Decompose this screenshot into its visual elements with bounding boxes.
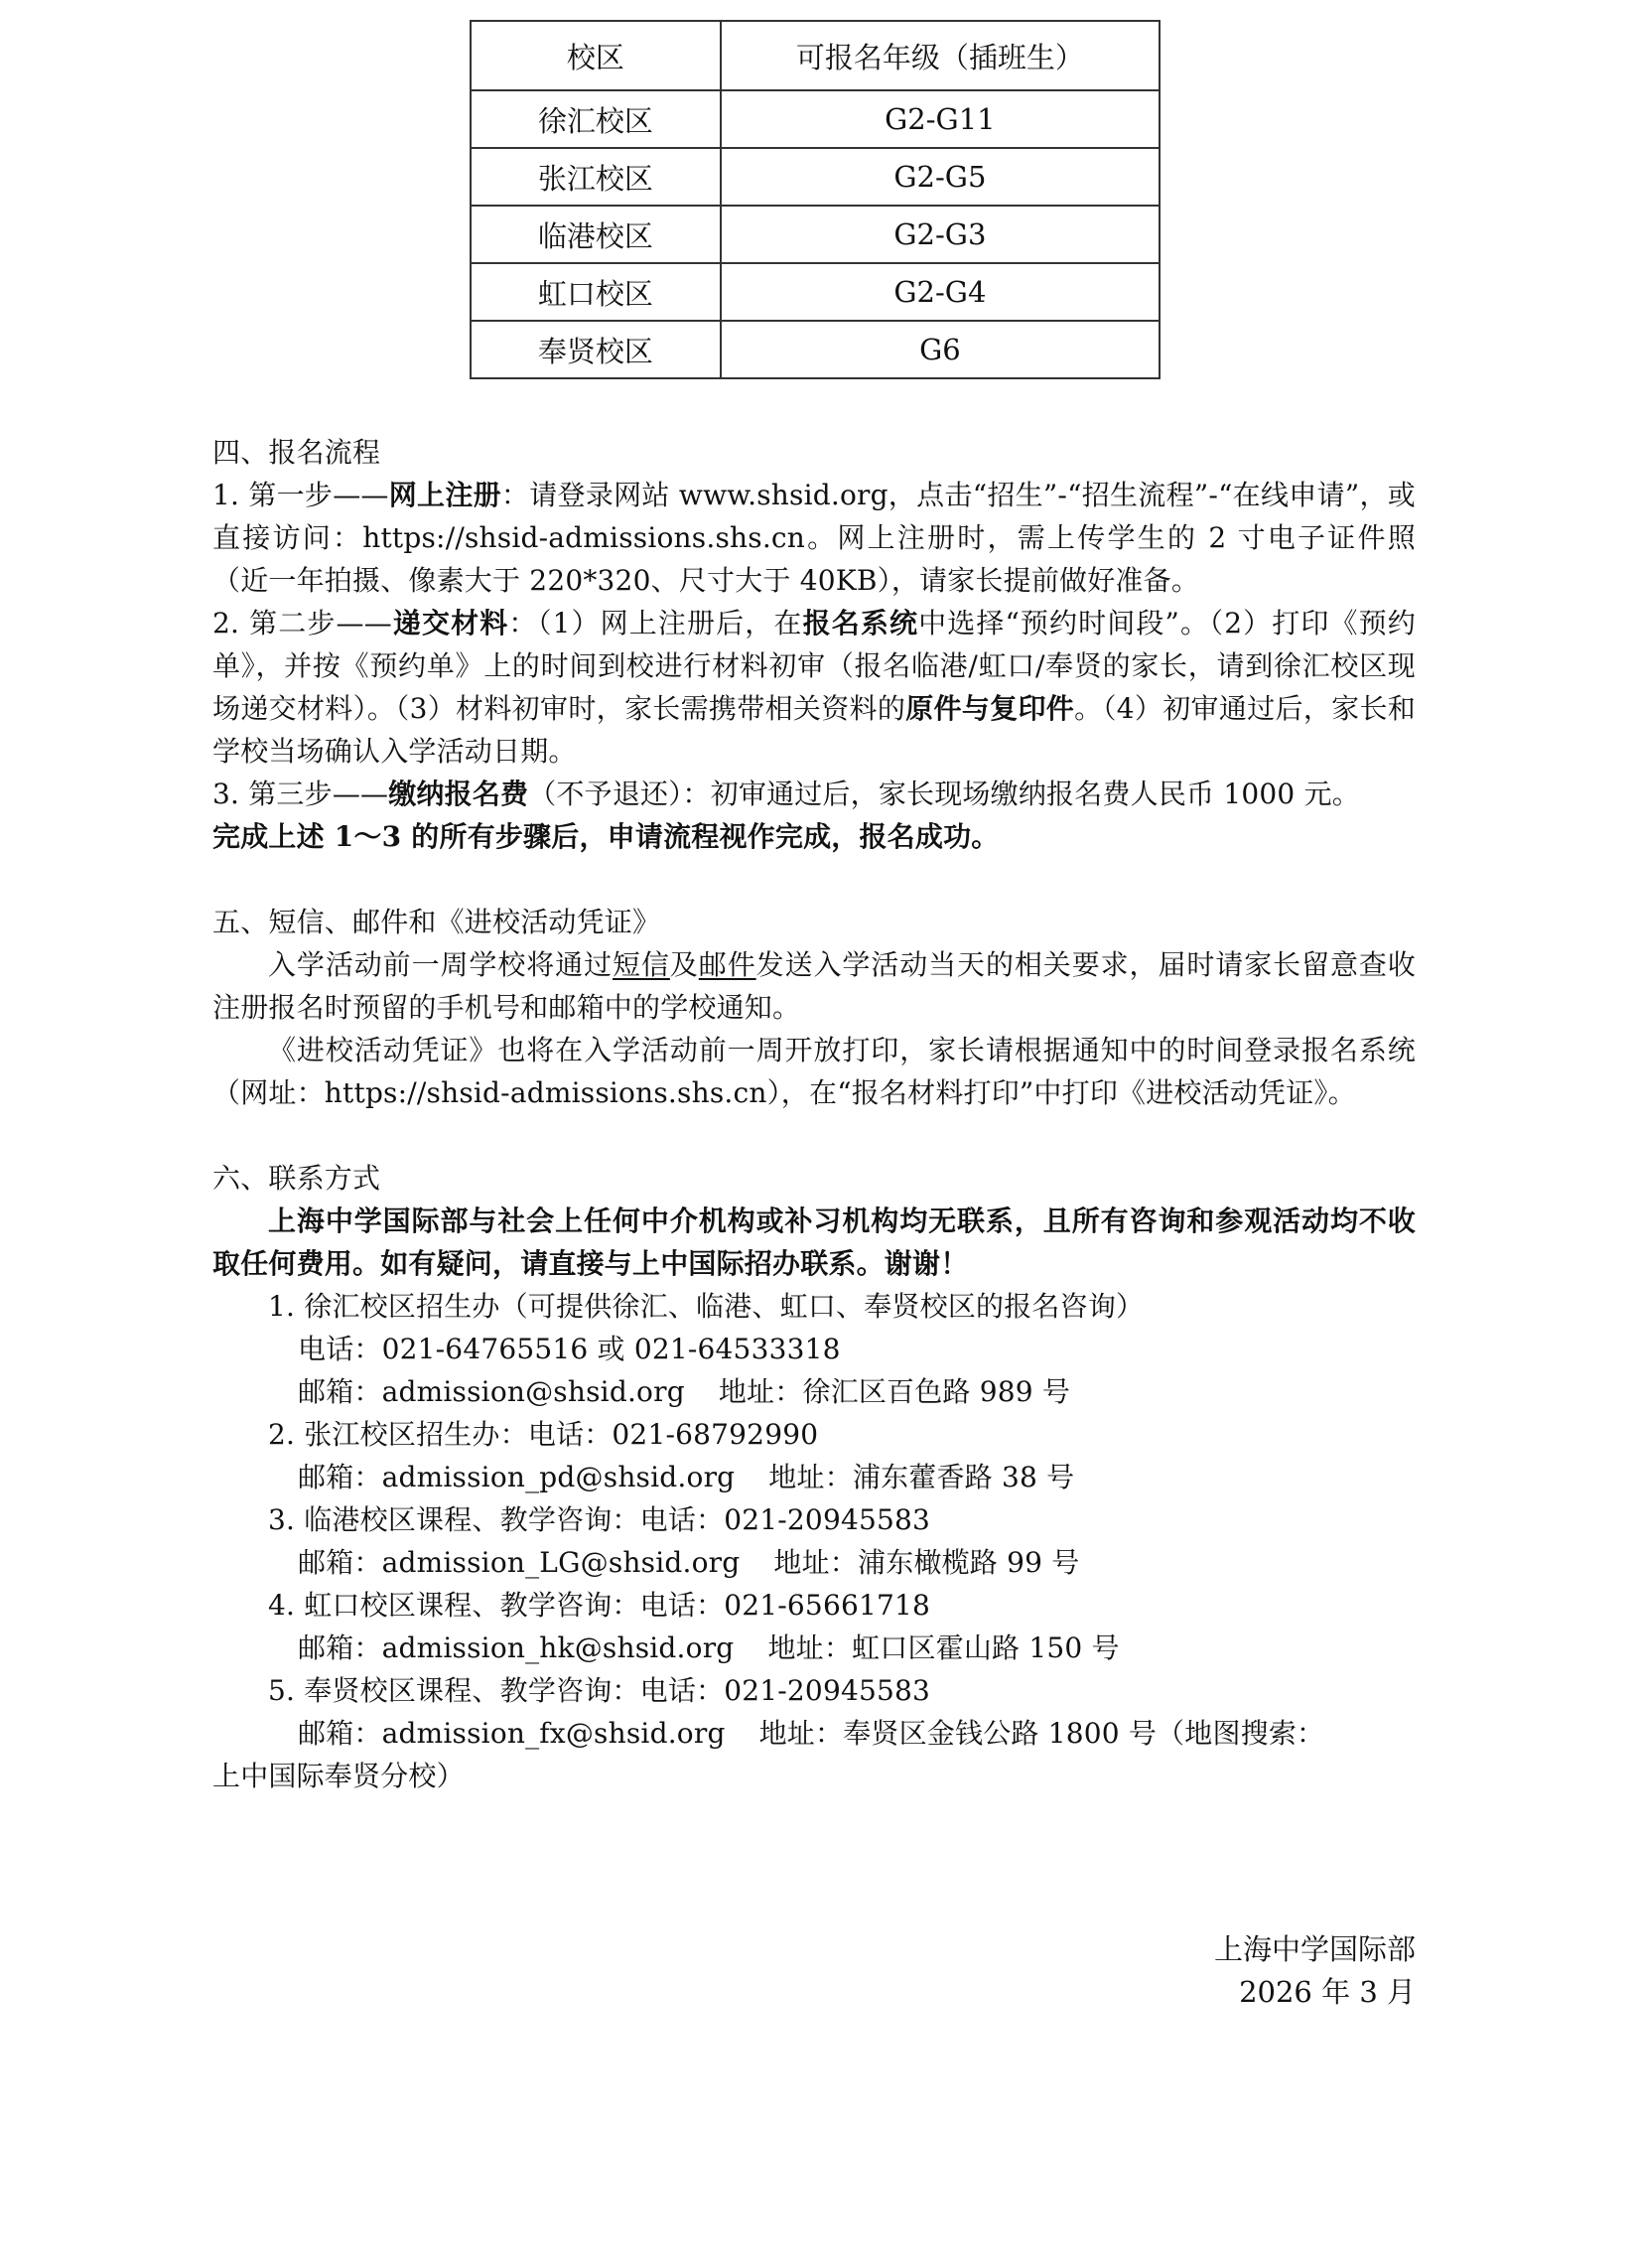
underlined-sms: 短信 (613, 948, 670, 981)
contact-address: 地址：虹口区霍山路 150 号 (767, 1631, 1119, 1664)
contact-lingang: 3. 临港校区课程、教学咨询：电话：021-20945583 邮箱：admiss… (212, 1498, 1416, 1584)
campus-cell: 奉贤校区 (471, 321, 721, 378)
step-2: 2. 第二步——递交材料：（1）网上注册后，在报名系统中选择“预约时间段”。（2… (212, 602, 1416, 773)
table-header-campus: 校区 (471, 21, 721, 90)
contact-notice: 上海中学国际部与社会上任何中介机构或补习机构均无联系，且所有咨询和参观活动均不收… (212, 1200, 1416, 1285)
step-prefix: 1. 第一步—— (212, 479, 389, 511)
grades-cell: G2-G4 (721, 263, 1160, 321)
contact-email: 邮箱：admission@shsid.org (298, 1375, 685, 1408)
text: 及 (670, 948, 699, 981)
step-prefix: 2. 第二步—— (212, 607, 392, 639)
step-keyword-originals: 原件与复印件 (905, 692, 1074, 725)
contact-hongkou: 4. 虹口校区课程、教学咨询：电话：021-65661718 邮箱：admiss… (212, 1584, 1416, 1669)
step-keyword: 缴纳报名费 (388, 778, 528, 810)
contact-address-continued: 上中国际奉贤分校） (212, 1755, 1416, 1797)
contact-heading: 1. 徐汇校区招生办（可提供徐汇、临港、虹口、奉贤校区的报名咨询） (268, 1290, 1144, 1323)
table-row: 徐汇校区 G2-G11 (471, 90, 1160, 148)
contact-fengxian: 5. 奉贤校区课程、教学咨询：电话：021-20945583 邮箱：admiss… (212, 1669, 1416, 1797)
contact-email-address: 邮箱：admission_fx@shsid.org地址：奉贤区金钱公路 1800… (268, 1712, 1416, 1755)
campus-cell: 张江校区 (471, 148, 721, 206)
signature-org: 上海中学国际部 (1214, 1928, 1416, 1971)
contact-email-address: 邮箱：admission_hk@shsid.org地址：虹口区霍山路 150 号 (268, 1627, 1416, 1669)
signature-date: 2026 年 3 月 (1214, 1971, 1416, 2014)
grades-cell: G2-G5 (721, 148, 1160, 206)
table-row: 临港校区 G2-G3 (471, 206, 1160, 263)
underlined-email: 邮件 (699, 948, 756, 981)
contact-address: 地址：浦东藿香路 38 号 (768, 1461, 1074, 1493)
process-conclusion: 完成上述 1～3 的所有步骤后，申请流程视作完成，报名成功。 (212, 815, 1416, 858)
table-row: 张江校区 G2-G5 (471, 148, 1160, 206)
contact-address: 地址：浦东橄榄路 99 号 (773, 1546, 1079, 1579)
contact-email-address: 邮箱：admission_LG@shsid.org地址：浦东橄榄路 99 号 (268, 1541, 1416, 1584)
table-header-grades: 可报名年级（插班生） (721, 21, 1160, 90)
campus-cell: 虹口校区 (471, 263, 721, 321)
contact-email-address: 邮箱：admission_pd@shsid.org地址：浦东藿香路 38 号 (268, 1456, 1416, 1498)
section-sms-email: 五、短信、邮件和《进校活动凭证》 入学活动前一周学校将通过短信及邮件发送入学活动… (212, 901, 1416, 1114)
contact-heading: 2. 张江校区招生办：电话：021-68792990 (268, 1418, 818, 1451)
step-text: ：（1）网上注册后，在 (508, 607, 802, 639)
paragraph-voucher: 《进校活动凭证》也将在入学活动前一周开放打印，家长请根据通知中的时间登录报名系统… (212, 1029, 1416, 1114)
contact-heading: 5. 奉贤校区课程、教学咨询：电话：021-20945583 (268, 1674, 930, 1707)
table-header-row: 校区 可报名年级（插班生） (471, 21, 1160, 90)
contact-email: 邮箱：admission_fx@shsid.org (298, 1717, 726, 1750)
contact-heading: 4. 虹口校区课程、教学咨询：电话：021-65661718 (268, 1589, 930, 1622)
section-registration-process: 四、报名流程 1. 第一步——网上注册：请登录网站 www.shsid.org，… (212, 431, 1416, 858)
document-page: 校区 可报名年级（插班生） 徐汇校区 G2-G11 张江校区 G2-G5 临港校… (0, 0, 1640, 2268)
table-row: 奉贤校区 G6 (471, 321, 1160, 378)
text: 入学活动前一周学校将通过 (268, 948, 613, 981)
grades-cell: G2-G11 (721, 90, 1160, 148)
grades-cell: G6 (721, 321, 1160, 378)
step-prefix: 3. 第三步—— (212, 778, 388, 810)
grades-cell: G2-G3 (721, 206, 1160, 263)
step-text: （不予退还）：初审通过后，家长现场缴纳报名费人民币 1000 元。 (528, 778, 1360, 810)
section-title: 六、联系方式 (212, 1157, 1416, 1200)
document-body: 四、报名流程 1. 第一步——网上注册：请登录网站 www.shsid.org，… (212, 431, 1416, 1797)
grade-table: 校区 可报名年级（插班生） 徐汇校区 G2-G11 张江校区 G2-G5 临港校… (470, 20, 1161, 379)
section-title: 四、报名流程 (212, 431, 1416, 474)
paragraph-notification: 入学活动前一周学校将通过短信及邮件发送入学活动当天的相关要求，届时请家长留意查收… (212, 943, 1416, 1029)
step-1: 1. 第一步——网上注册：请登录网站 www.shsid.org，点击“招生”-… (212, 474, 1416, 602)
contact-email-address: 邮箱：admission@shsid.org地址：徐汇区百色路 989 号 (268, 1370, 1416, 1413)
contact-email: 邮箱：admission_hk@shsid.org (298, 1631, 734, 1664)
campus-cell: 临港校区 (471, 206, 721, 263)
section-contact: 六、联系方式 上海中学国际部与社会上任何中介机构或补习机构均无联系，且所有咨询和… (212, 1157, 1416, 1797)
section-title: 五、短信、邮件和《进校活动凭证》 (212, 901, 1416, 943)
campus-cell: 徐汇校区 (471, 90, 721, 148)
step-keyword-system: 报名系统 (803, 607, 919, 639)
signature-block: 上海中学国际部 2026 年 3 月 (1214, 1928, 1416, 2014)
contact-email: 邮箱：admission_LG@shsid.org (298, 1546, 740, 1579)
contact-address: 地址：徐汇区百色路 989 号 (719, 1375, 1070, 1408)
table-row: 虹口校区 G2-G4 (471, 263, 1160, 321)
contact-xuhui: 1. 徐汇校区招生办（可提供徐汇、临港、虹口、奉贤校区的报名咨询） 电话：021… (212, 1285, 1416, 1413)
contact-phone: 电话：021-64765516 或 021-64533318 (268, 1328, 1416, 1370)
contact-list: 1. 徐汇校区招生办（可提供徐汇、临港、虹口、奉贤校区的报名咨询） 电话：021… (212, 1285, 1416, 1797)
contact-zhangjiang: 2. 张江校区招生办：电话：021-68792990 邮箱：admission_… (212, 1413, 1416, 1498)
contact-heading: 3. 临港校区课程、教学咨询：电话：021-20945583 (268, 1503, 930, 1536)
step-keyword: 网上注册 (389, 479, 501, 511)
step-3: 3. 第三步——缴纳报名费（不予退还）：初审通过后，家长现场缴纳报名费人民币 1… (212, 773, 1416, 815)
contact-address: 地址：奉贤区金钱公路 1800 号（地图搜索： (759, 1717, 1325, 1750)
step-keyword: 递交材料 (392, 607, 508, 639)
contact-email: 邮箱：admission_pd@shsid.org (298, 1461, 735, 1493)
